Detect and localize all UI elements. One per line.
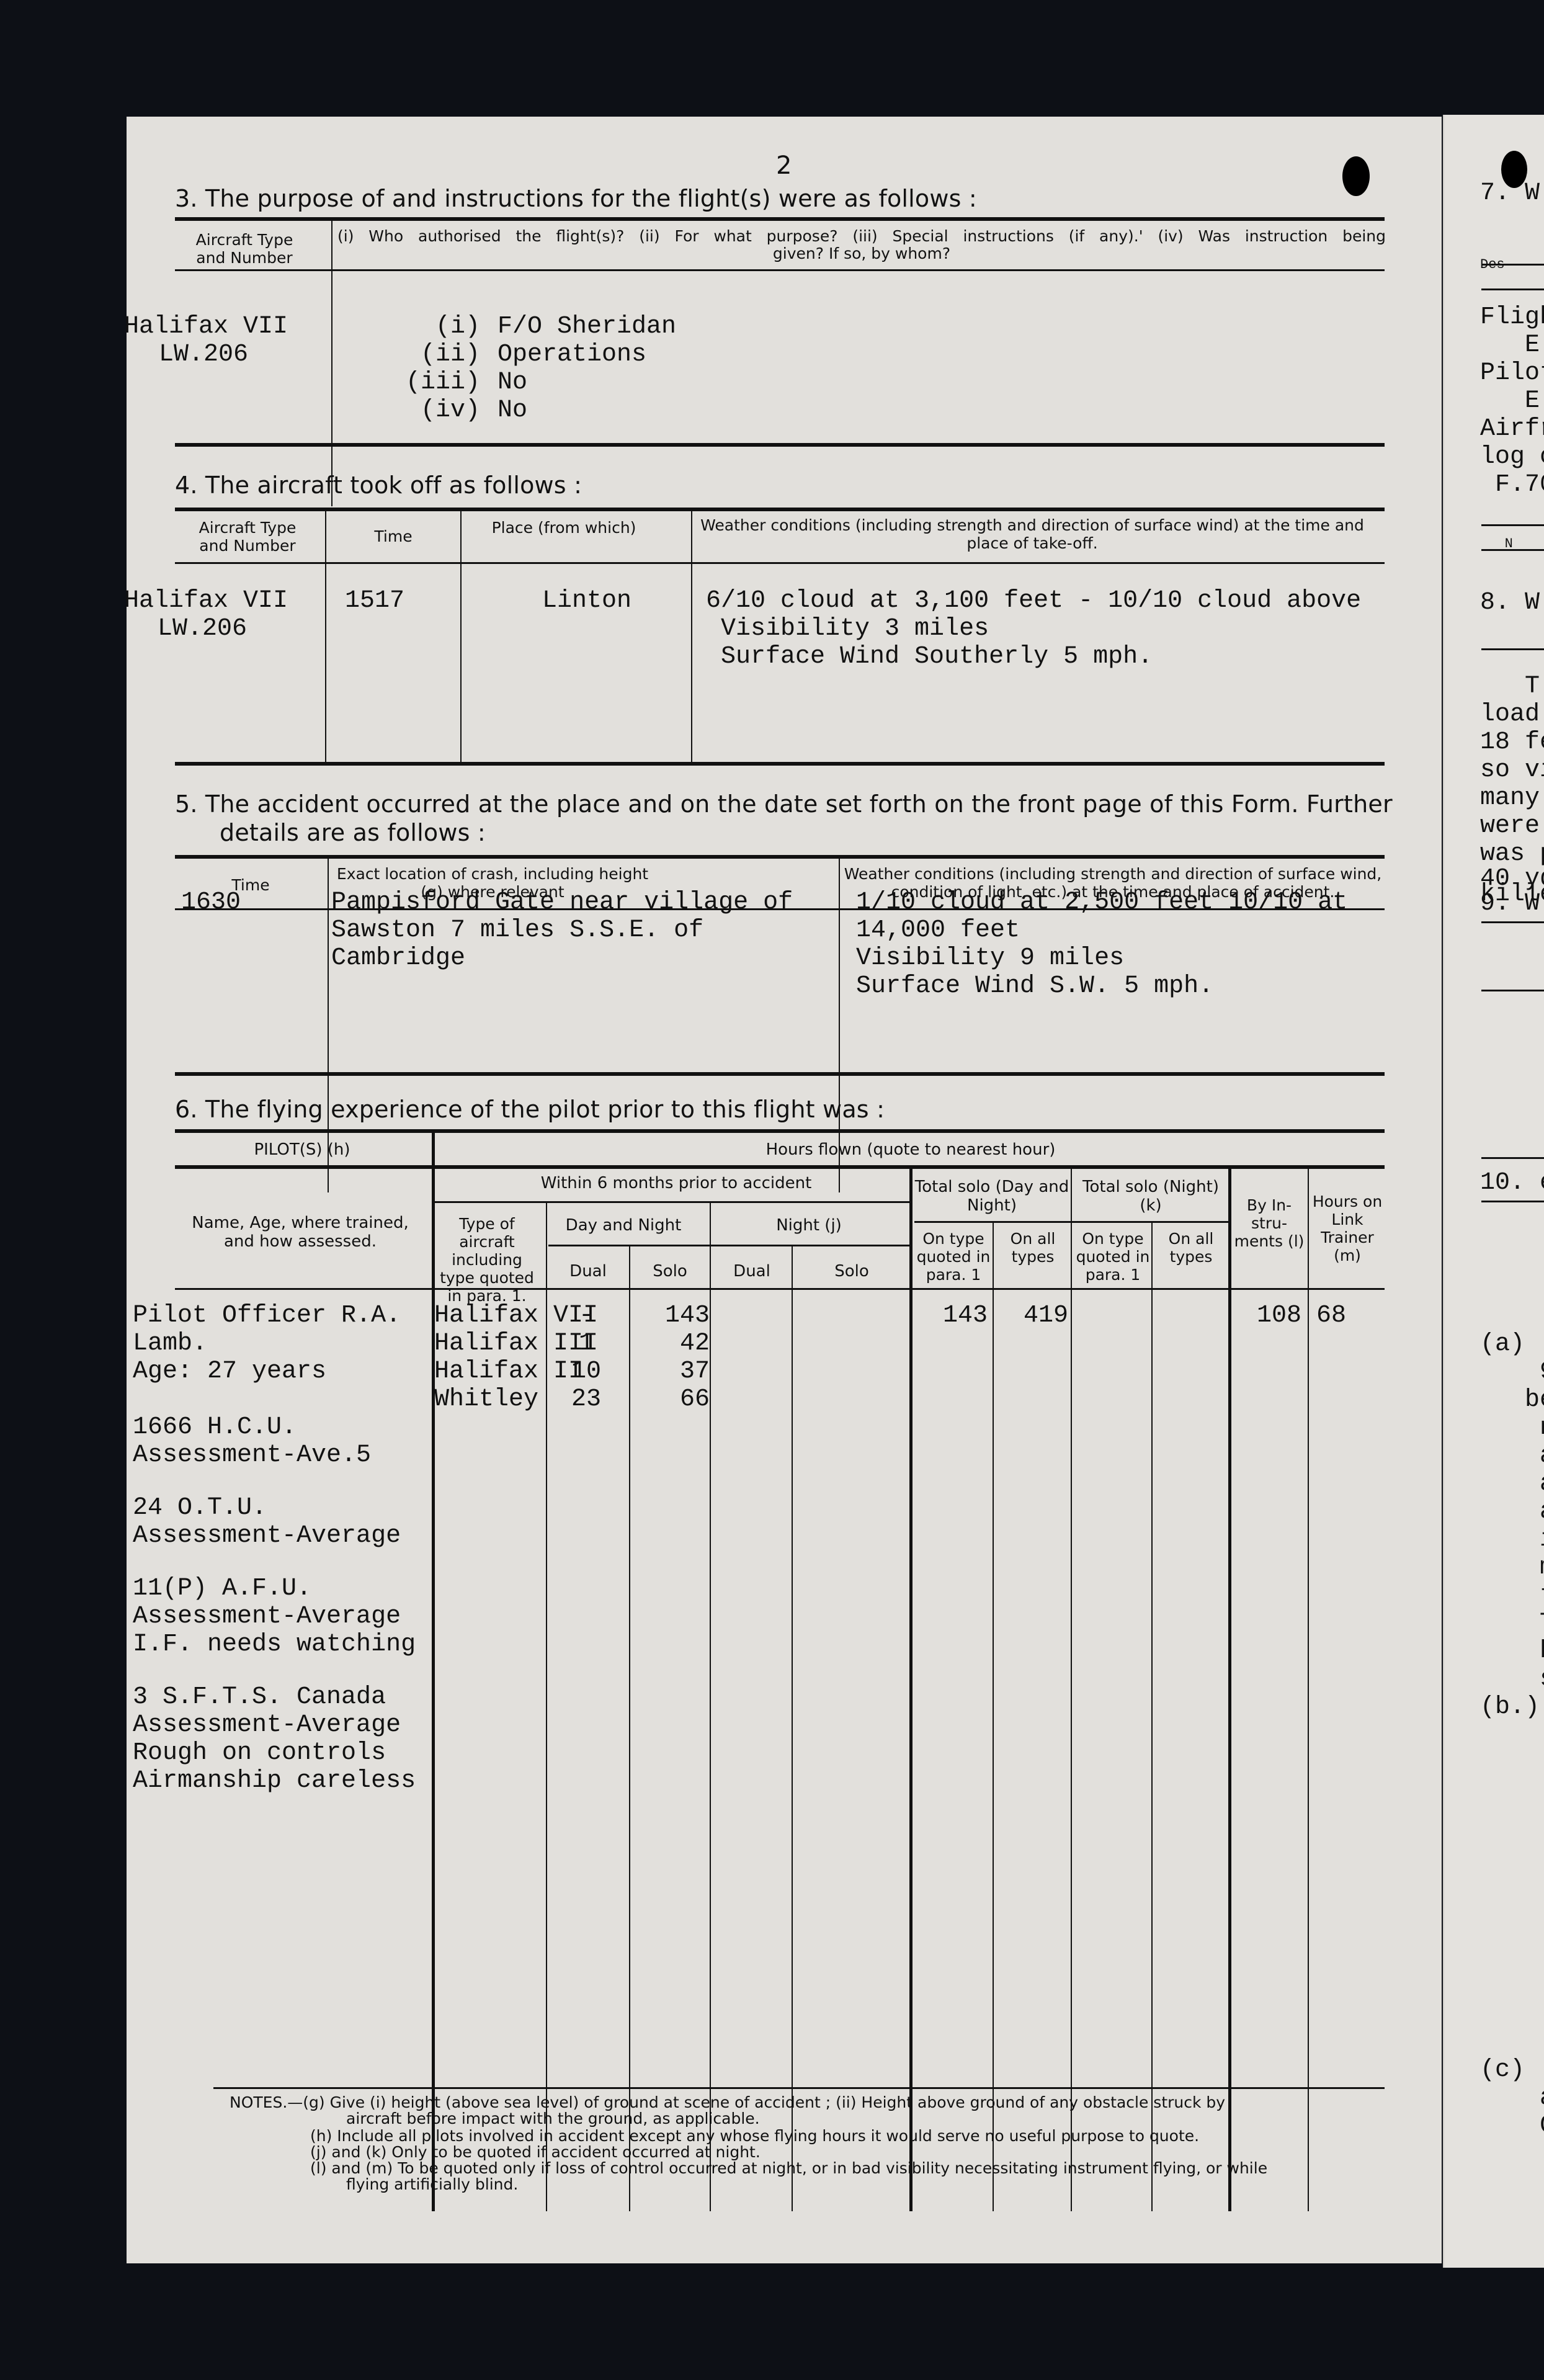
aircraft-type: Whitley (434, 1385, 538, 1413)
adjacent-page-line: au (1480, 1470, 1544, 1498)
column-divider (1151, 1222, 1153, 2211)
pilot-line: Assessment-Average (133, 1522, 416, 1550)
section-4-header-aircraft: Aircraft Type and Number (182, 519, 313, 555)
answer-number: (i) (381, 313, 480, 341)
section-5-location-line: Pampisford Gate near village of (331, 888, 793, 916)
column-divider (691, 510, 692, 763)
section-4-takeoff-place: Linton (542, 587, 631, 615)
section-5-weather-line: Visibility 9 miles (856, 944, 1124, 972)
pilot-spacer (133, 1658, 416, 1683)
adjacent-page-line: were (1480, 812, 1540, 840)
adjacent-page-line: a (1480, 1861, 1544, 1889)
header-night-j: Night (j) (710, 1216, 908, 1235)
section-5-weather-line: 14,000 feet (856, 916, 1020, 944)
column-divider (710, 1202, 711, 2211)
header-pilots: PILOT(S) (h) (175, 1140, 429, 1159)
header-on-all-types: On all types (1154, 1230, 1228, 1266)
column-divider (1308, 1168, 1309, 2211)
section-3-title: 3. The purpose of and instructions for t… (175, 185, 977, 212)
section-4-aircraft-type: Halifax VII (124, 587, 288, 615)
section-5-location-line: Sawston 7 miles S.S.E. of (331, 916, 703, 944)
divider (1481, 648, 1544, 650)
pilot-description: Pilot Officer R.A. Lamb. Age: 27 years 1… (133, 1302, 416, 1795)
header-by-instruments: By In- stru- ments (l) (1232, 1196, 1306, 1250)
adjacent-page-line: Des (1480, 257, 1505, 272)
answer-text: No (498, 396, 527, 424)
pilot-line: 24 O.T.U. (133, 1494, 416, 1522)
adjacent-page-line: many (1480, 784, 1540, 812)
section-4-takeoff-time: 1517 (345, 587, 404, 615)
adjacent-page-line: Th (1480, 1609, 1544, 1637)
pilot-spacer (133, 1550, 416, 1575)
adjacent-page-line: (b.) (1480, 1693, 1540, 1721)
column-divider (1071, 1168, 1072, 2211)
header-total-solo-day-night: Total solo (Day and Night) (914, 1178, 1069, 1215)
divider (1481, 1157, 1544, 1159)
adjacent-page-line: F.70 (1480, 471, 1544, 499)
section-4-weather-line: 6/10 cloud at 3,100 feet - 10/10 cloud a… (706, 587, 1361, 615)
adjacent-page-line: ai (1480, 1498, 1544, 1526)
adjacent-page-line: ai (1480, 2084, 1544, 2112)
divider (1481, 1201, 1544, 1202)
section-3-aircraft-number: LW.206 (159, 341, 248, 369)
adjacent-page-line: 10. e (1480, 1169, 1544, 1197)
answer-row: (ii) Operations (381, 341, 676, 369)
notes-lm: (l) and (m) To be quoted only if loss of… (310, 2159, 1267, 2177)
answer-row: (i) F/O Sheridan (381, 313, 676, 341)
adjacent-page-line: log c (1480, 443, 1544, 471)
adjacent-page-line: c (1480, 1749, 1544, 1777)
adjacent-page-line: 9. W (1480, 890, 1540, 918)
answer-number: (iii) (381, 369, 480, 396)
day-night-solo: 66 (648, 1385, 710, 1413)
section-5-title-line2: details are as follows : (220, 819, 486, 846)
pilot-line: Lamb. (133, 1330, 416, 1358)
header-type-of-aircraft: Type of aircraft including type quoted i… (434, 1215, 540, 1305)
adjacent-page-line: Co (1480, 2112, 1544, 2140)
adjacent-page-line: h (1480, 1917, 1544, 1944)
section-5-time: 1630 (181, 888, 241, 916)
column-divider (1228, 1168, 1231, 2211)
section-3-aircraft-type: Halifax VII (124, 313, 288, 341)
divider (1481, 921, 1544, 923)
divider (175, 1288, 1385, 1290)
divider (213, 2087, 1385, 2089)
header-dual: Dual (712, 1262, 792, 1281)
header-on-all-types: On all types (995, 1230, 1071, 1266)
section-3-header-questions-line2: given? If so, by whom? (337, 244, 1386, 262)
divider (548, 1245, 911, 1246)
adjacent-page-line: th (1480, 1581, 1544, 1609)
pilot-line: Assessment-Average (133, 1711, 416, 1739)
day-night-dual: - (558, 1302, 614, 1330)
answer-row: (iv) No (381, 396, 676, 424)
pilot-line: Airmanship careless (133, 1767, 416, 1795)
day-night-solo: 37 (648, 1358, 710, 1385)
day-night-dual: 10 (558, 1358, 614, 1385)
header-on-type-quoted: On type quoted in para. 1 (1073, 1230, 1153, 1284)
adjacent-page-line: load. (1480, 700, 1544, 728)
answer-text: Operations (498, 341, 646, 369)
column-divider (993, 1222, 994, 2211)
answer-text: No (498, 369, 527, 396)
pilot-line: Age: 27 years (133, 1358, 416, 1385)
section-4-header-place: Place (from which) (462, 519, 666, 537)
adjacent-page-line: N (1480, 536, 1513, 552)
divider (175, 443, 1385, 447)
section-5-weather-line: Surface Wind S.W. 5 mph. (856, 972, 1213, 1000)
pilot-line: 3 S.F.T.S. Canada (133, 1683, 416, 1711)
header-name-age: Name, Age, where trained, and how assess… (182, 1214, 418, 1251)
adjacent-page-line: it (1480, 1526, 1544, 1554)
pilot-line: Assessment-Average (133, 1603, 416, 1631)
pilot-line: Assessment-Ave.5 (133, 1441, 416, 1469)
answer-number: (iv) (381, 396, 480, 424)
adjacent-page-line: be (1480, 1386, 1544, 1414)
adjacent-page-line: Pilot (1480, 359, 1544, 387)
header-day-and-night: Day and Night (546, 1216, 701, 1235)
header-total-solo-night-k: Total solo (Night) (k) (1073, 1178, 1228, 1215)
day-night-dual: 1 (558, 1330, 614, 1358)
adjacent-page-line: Airfr (1480, 415, 1544, 443)
divider (1481, 990, 1544, 991)
column-divider (792, 1246, 793, 2211)
column-divider (629, 1246, 630, 2211)
adjacent-page-line: E (1480, 331, 1540, 359)
divider (175, 1165, 1385, 1169)
divider (175, 762, 1385, 766)
total-solo-all-types: 419 (995, 1302, 1068, 1330)
divider (434, 1201, 911, 1203)
answer-row: (iii) No (381, 369, 676, 396)
punch-hole-icon (1342, 156, 1370, 196)
adjacent-page-line: I (1480, 1721, 1544, 1749)
divider (1481, 524, 1544, 526)
notes-h: (h) Include all pilots involved in accid… (310, 2127, 1199, 2145)
adjacent-page-line: E (1480, 387, 1540, 415)
header-within-6-months: Within 6 months prior to accident (434, 1174, 918, 1192)
divider (175, 562, 1385, 564)
divider (175, 217, 1385, 221)
adjacent-page-line: se (1480, 1665, 1544, 1693)
adjacent-page-line: ai (1480, 1442, 1544, 1470)
adjacent-page-line: (a) (1480, 1330, 1525, 1358)
divider (175, 508, 1385, 511)
section-4-aircraft-number: LW.206 (158, 615, 247, 643)
adjacent-page-line: i (1480, 1944, 1544, 1972)
adjacent-page-line: so vi (1480, 756, 1544, 784)
section-5-title: 5. The accident occurred at the place an… (175, 790, 1393, 818)
adjacent-page-line: Fligh (1480, 303, 1544, 331)
adjacent-page-line: W (1480, 1889, 1544, 1917)
answer-text: F/O Sheridan (498, 313, 676, 341)
header-solo: Solo (630, 1262, 710, 1281)
link-trainer-hours: 68 (1316, 1302, 1346, 1330)
adjacent-page-line: c (1480, 1805, 1544, 1833)
column-divider (325, 510, 326, 763)
column-divider (432, 1132, 435, 2211)
notes-jk: (j) and (k) Only to be quoted if acciden… (310, 2143, 761, 2161)
adjacent-page: 7. WDesFligh EPilot EAirfrlog c F.70 N8.… (1443, 115, 1544, 2268)
section-6-title: 6. The flying experience of the pilot pr… (175, 1096, 885, 1123)
column-divider (460, 510, 462, 763)
divider (175, 855, 1385, 859)
section-4-header-weather: Weather conditions (including strength a… (679, 516, 1386, 552)
day-night-solo: 42 (648, 1330, 710, 1358)
adjacent-page-line: 18 fe (1480, 728, 1544, 756)
by-instruments-hours: 108 (1233, 1302, 1301, 1330)
page-number: 2 (776, 151, 792, 180)
section-3-header-aircraft: Aircraft Type and Number (182, 231, 306, 267)
pilot-spacer (133, 1385, 416, 1413)
pilot-line: 1666 H.C.U. (133, 1413, 416, 1441)
adjacent-page-line: 7. W (1480, 179, 1540, 207)
adjacent-page-line: me (1480, 1554, 1544, 1581)
adjacent-page-line: (c) (1480, 2056, 1525, 2084)
section-3-answers: (i) F/O Sheridan (ii) Operations (iii) N… (381, 313, 676, 424)
total-solo-on-type: 143 (916, 1302, 988, 1330)
form-page: 2 3. The purpose of and instructions for… (127, 117, 1442, 2263)
notes-g-line2: aircraft before impact with the ground, … (346, 2109, 760, 2127)
header-solo: Solo (794, 1262, 909, 1281)
section-4-header-time: Time (331, 527, 455, 545)
adjacent-page-line: 9 (1480, 1358, 1544, 1386)
adjacent-page-line: bo (1480, 1637, 1544, 1665)
column-divider (909, 1168, 913, 2211)
pilot-line: I.F. needs watching (133, 1631, 416, 1658)
divider (175, 269, 1385, 271)
divider (1481, 289, 1544, 290)
section-4-weather-line: Surface Wind Southerly 5 mph. (706, 643, 1153, 671)
divider (175, 1072, 1385, 1076)
notes-g: NOTES.—(g) Give (i) height (above sea le… (230, 2093, 1225, 2111)
adjacent-page-line: A (1480, 1833, 1544, 1861)
pilot-line: Pilot Officer R.A. (133, 1302, 416, 1330)
adjacent-page-line: I (1480, 1972, 1544, 2000)
adjacent-page-line: na (1480, 1414, 1544, 1442)
header-hours-flown: Hours flown (quote to nearest hour) (437, 1140, 1385, 1159)
adjacent-page-line: was p (1480, 840, 1544, 868)
adjacent-page-line: 8. W (1480, 589, 1540, 617)
section-4-title: 4. The aircraft took off as follows : (175, 472, 582, 499)
section-5-location-line: Cambridge (331, 944, 465, 972)
column-divider (331, 221, 332, 506)
header-dual: Dual (548, 1262, 628, 1281)
pilot-line: 11(P) A.F.U. (133, 1575, 416, 1603)
day-night-solo: 143 (648, 1302, 710, 1330)
adjacent-page-line: W (1480, 2000, 1544, 2028)
notes-lm-line2: flying artificially blind. (346, 2175, 518, 2193)
header-on-type-quoted: On type quoted in para. 1 (913, 1230, 994, 1284)
answer-number: (ii) (381, 341, 480, 369)
section-4-weather-line: Visibility 3 miles (706, 615, 989, 643)
pilot-line: Rough on controls (133, 1739, 416, 1767)
pilot-spacer (133, 1469, 416, 1494)
adjacent-page-line: r (1480, 1777, 1544, 1805)
adjacent-page-line: T (1480, 673, 1540, 700)
divider (175, 1129, 1385, 1133)
day-night-dual: 23 (558, 1385, 614, 1413)
section-3-header-questions: (i) Who authorised the flight(s)? (ii) F… (337, 227, 1386, 245)
header-link-trainer: Hours on Link Trainer (m) (1310, 1192, 1385, 1264)
section-5-weather-line: 1/10 cloud at 2,500 feet 10/10 at (856, 888, 1347, 916)
